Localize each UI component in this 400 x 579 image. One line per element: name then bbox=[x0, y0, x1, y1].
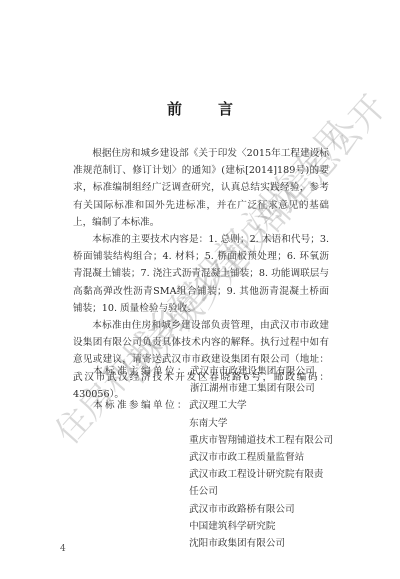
title-char-2: 言 bbox=[218, 98, 233, 119]
chief-editor-row: 本标准主编单位： 武汉市市政建设集团有限公司 浙江湖州市建工集团有限公司 bbox=[73, 363, 333, 397]
chief-editor-list: 武汉市市政建设集团有限公司 浙江湖州市建工集团有限公司 bbox=[190, 363, 333, 397]
list-item: 武汉市市政路桥有限公司 bbox=[189, 501, 333, 518]
chief-editor-label: 本标准主编单位： bbox=[73, 363, 190, 397]
list-item: 东南大学 bbox=[189, 415, 333, 432]
list-item: 沈阳市政集团有限公司 bbox=[189, 535, 333, 552]
title-char-1: 前 bbox=[167, 98, 182, 119]
paragraph-background: 根据住房和城乡建设部《关于印发〈2015年工程建设标准规范制订、修订计划〉的通知… bbox=[73, 145, 329, 231]
page-number: 4 bbox=[60, 544, 66, 554]
paragraph-contents: 本标准的主要技术内容是：1. 总则；2. 术语和代号；3. 桥面铺装结构组合；4… bbox=[73, 231, 329, 317]
list-item: 重庆市智翔铺道技术工程有限公司 bbox=[189, 432, 333, 449]
list-item: 中国建筑科学研究院 bbox=[189, 518, 333, 535]
editor-units: 本标准主编单位： 武汉市市政建设集团有限公司 浙江湖州市建工集团有限公司 本标准… bbox=[73, 363, 333, 552]
participating-row: 本标准参编单位： 武汉理工大学 东南大学 重庆市智翔铺道技术工程有限公司 武汉市… bbox=[73, 397, 333, 552]
page-title: 前言 bbox=[0, 98, 400, 119]
list-item: 武汉市市政工程质量监督站 bbox=[189, 449, 333, 466]
participating-list: 武汉理工大学 东南大学 重庆市智翔铺道技术工程有限公司 武汉市市政工程质量监督站… bbox=[189, 397, 333, 552]
participating-label: 本标准参编单位： bbox=[73, 397, 189, 552]
list-item: 武汉市政工程设计研究院有限责任公司 bbox=[189, 466, 324, 500]
document-page: 前言 根据住房和城乡建设部《关于印发〈2015年工程建设标准规范制订、修订计划〉… bbox=[0, 0, 400, 579]
list-item: 浙江湖州市建工集团有限公司 bbox=[190, 380, 333, 397]
list-item: 武汉市市政建设集团有限公司 bbox=[190, 363, 333, 380]
list-item: 武汉理工大学 bbox=[189, 397, 333, 414]
